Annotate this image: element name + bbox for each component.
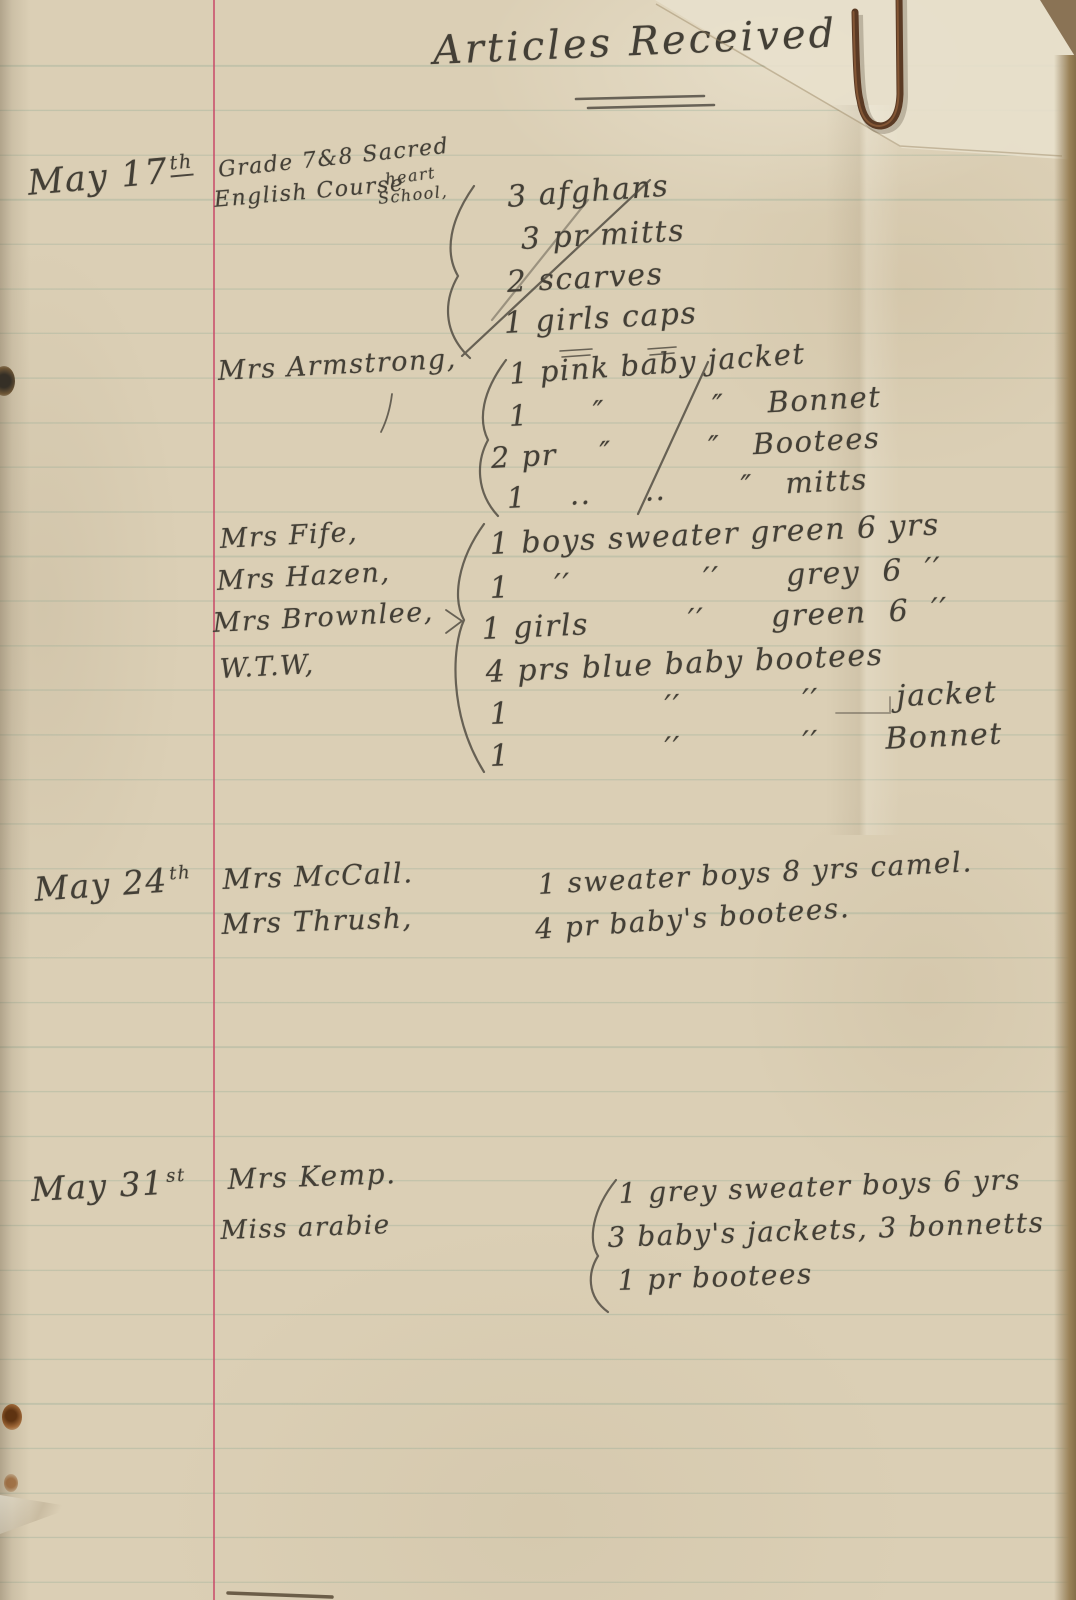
donor-name: Mrs Armstrong, xyxy=(217,343,457,386)
ledger-page: Articles Received May 17th Grade 7&8 Sac… xyxy=(0,0,1076,1600)
item-line: 1 sweater boys 8 yrs camel. xyxy=(537,845,973,901)
date-ordinal: st xyxy=(166,1165,187,1187)
entry-date-text: May 24 xyxy=(33,861,169,909)
item-line: 1 pink baby jacket xyxy=(508,336,807,391)
entry-date-text: May 17 xyxy=(26,152,170,204)
donor-name: Mrs Hazen, xyxy=(216,557,391,597)
entry-date-text: May 31 xyxy=(30,1163,165,1209)
item-line: 1 girls caps xyxy=(503,296,698,341)
item-line: 3 baby's jackets, 3 bonnetts xyxy=(607,1206,1045,1254)
item-line: 1 grey sweater boys 6 yrs xyxy=(618,1163,1022,1210)
handwriting-layer: Articles Received May 17th Grade 7&8 Sac… xyxy=(0,0,1076,1600)
donor-name: Miss arabie xyxy=(220,1210,391,1246)
donor-name: Mrs Kemp. xyxy=(227,1157,397,1196)
item-line: 2 scarves xyxy=(506,257,664,300)
item-line: 3 pr mitts xyxy=(520,213,686,257)
entry-date: May 24th xyxy=(33,859,193,909)
item-line: 3 afghans xyxy=(506,169,670,215)
date-ordinal: th xyxy=(169,150,194,178)
donor-name: Mrs Fife, xyxy=(219,517,359,555)
donor-name: Mrs Brownlee, xyxy=(212,596,434,639)
donor-name: W.T.W, xyxy=(219,649,315,685)
entry-date: May 31st xyxy=(30,1162,187,1209)
date-ordinal: th xyxy=(168,862,191,884)
item-line: 1 pr bootees xyxy=(617,1257,813,1297)
item-line: 4 pr baby's bootees. xyxy=(534,891,851,946)
donor-name: Mrs McCall. xyxy=(222,856,414,896)
entry-date: May 17th xyxy=(26,150,195,204)
donor-name: Mrs Thrush, xyxy=(221,901,413,941)
page-title: Articles Received xyxy=(432,10,838,74)
